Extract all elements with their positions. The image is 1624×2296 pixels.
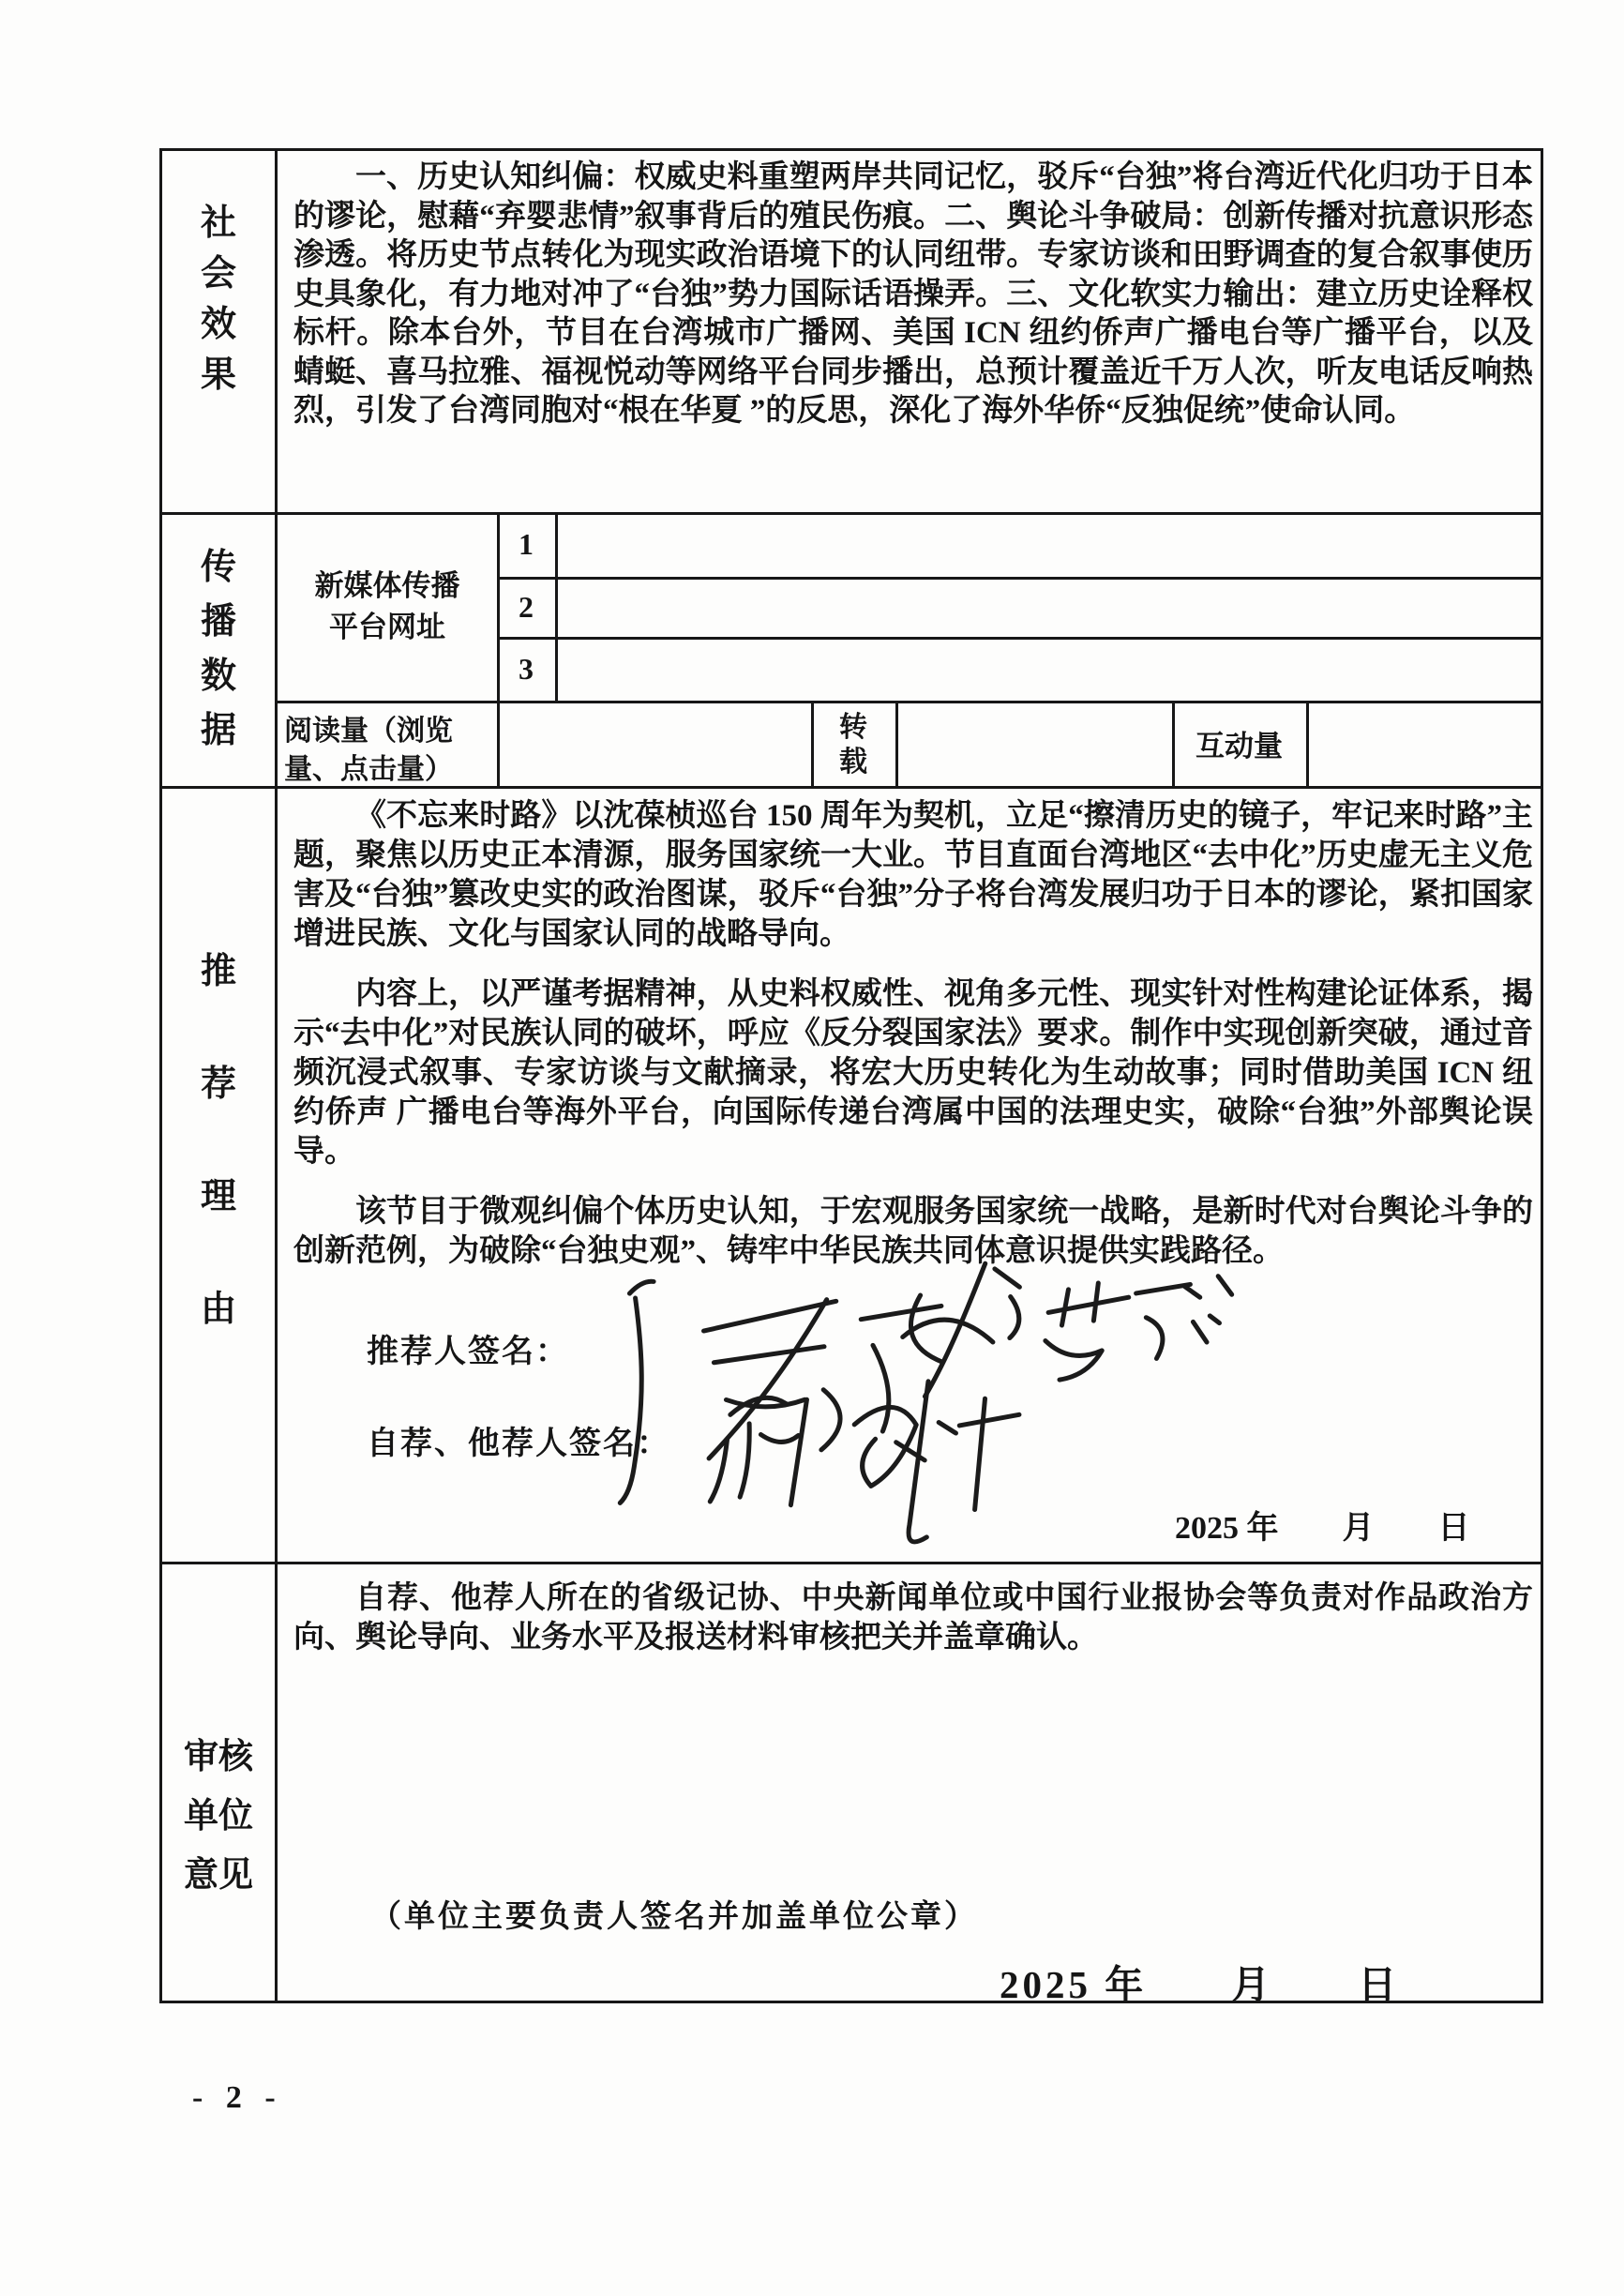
label-char: 荐: [201, 1066, 236, 1102]
label-char: 播: [201, 604, 236, 640]
handwritten-signatures: [561, 1230, 1283, 1605]
row-label-recommendation: 推 荐 理 由: [162, 954, 275, 1327]
label-char: 效: [201, 307, 236, 342]
label-char: 理: [201, 1179, 236, 1215]
label-char: 传: [201, 550, 236, 585]
interaction-label: 互动量: [1172, 701, 1306, 786]
label-char: 据: [201, 713, 236, 748]
label-char: 果: [201, 357, 236, 393]
new-media-url-label-line: 平台网址: [329, 607, 445, 648]
label-char: 推: [201, 954, 236, 989]
recommendation-paragraph-1: 《不忘来时路》以沈葆桢巡台 150 周年为契机，立足“擦清历史的镜子，牢记来时路…: [293, 796, 1533, 954]
row-label-review-unit: 审核 单位 意见: [162, 1740, 275, 1893]
url-value-cell-1: [558, 512, 1541, 577]
recommendation-paragraph-2: 内容上，以严谨考据精神，从史料权威性、视角多元性、现实针对性构建论证体系，揭示“…: [293, 974, 1533, 1171]
repost-label-char: 转: [839, 710, 867, 745]
handwritten-signature-2: [901, 1262, 1023, 1397]
page-number: - 2 -: [192, 2080, 283, 2116]
label-line: 意见: [184, 1858, 253, 1893]
read-count-label: 阅读量（浏览量、点击量）: [284, 712, 472, 789]
url-row-number-2: 2: [497, 577, 555, 637]
handwritten-signature-1: [614, 1274, 957, 1503]
repost-label: 转 载: [811, 704, 895, 784]
new-media-url-label-line: 新媒体传播: [315, 566, 460, 607]
handwritten-signature-3: [1044, 1276, 1234, 1380]
recommendation-date: 2025 年 月 日: [1175, 1502, 1470, 1548]
label-line: 审核: [184, 1740, 253, 1775]
scanned-form-page: 社 会 效 果 一、历史认知纠偏：权威史料重塑两岸共同记忆，驳斥“台独”将台湾近…: [0, 0, 1624, 2296]
url-value-cell-2: [558, 577, 1541, 637]
repost-label-char: 载: [839, 745, 867, 779]
recommendation-paragraphs: 《不忘来时路》以沈葆桢巡台 150 周年为契机，立足“擦清历史的镜子，牢记来时路…: [293, 796, 1533, 1291]
review-paragraph: 自荐、他荐人所在的省级记协、中央新闻单位或中国行业报协会等负责对作品政治方向、舆…: [293, 1578, 1533, 1678]
form-table: 社 会 效 果 一、历史认知纠偏：权威史料重塑两岸共同记忆，驳斥“台独”将台湾近…: [159, 148, 1543, 2003]
label-column-divider: [275, 151, 278, 2001]
recommender-signature-label: 推荐人签名：: [367, 1325, 569, 1371]
row-label-spread-data: 传 播 数 据: [162, 550, 275, 748]
label-line: 单位: [184, 1799, 253, 1834]
seal-instruction: （单位主要负责人签名并加盖单位公章）: [370, 1892, 978, 1936]
label-char: 社: [201, 205, 236, 241]
read-count-value-cell: [500, 701, 811, 786]
url-value-cell-3: [558, 637, 1541, 701]
interaction-value-cell: [1309, 701, 1541, 786]
label-char: 会: [201, 256, 236, 292]
url-row-number-3: 3: [497, 637, 555, 701]
label-char: 数: [201, 658, 236, 694]
social-effect-paragraph: 一、历史认知纠偏：权威史料重塑两岸共同记忆，驳斥“台独”将台湾近代化归功于日本的…: [293, 159, 1533, 452]
new-media-url-label: 新媒体传播 平台网址: [278, 512, 497, 701]
url-row-number-1: 1: [497, 512, 555, 577]
repost-value-cell: [898, 701, 1172, 786]
row-label-social-effect: 社 会 效 果: [162, 205, 275, 393]
label-char: 由: [201, 1291, 236, 1327]
review-date: 2025 年 月 日: [1000, 1954, 1400, 2009]
